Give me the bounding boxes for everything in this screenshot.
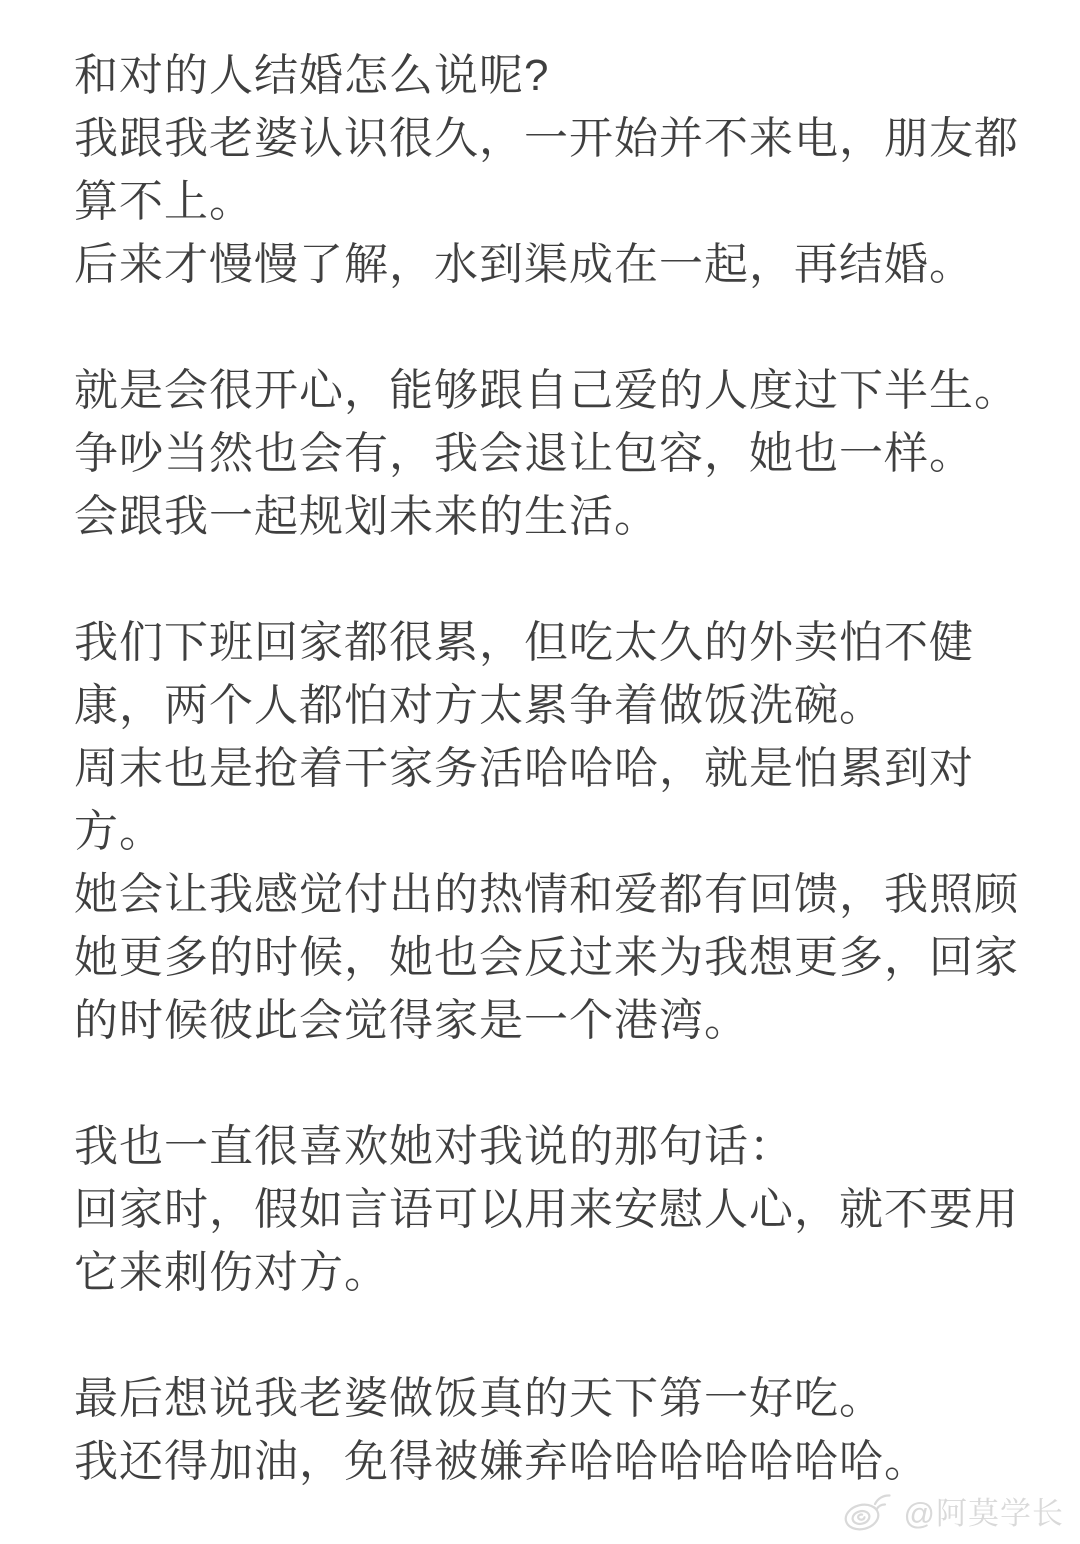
post-paragraph: 和对的人结婚怎么说呢? 我跟我老婆认识很久，一开始并不来电，朋友都 算不上。 后… xyxy=(74,44,1034,296)
post-text: 和对的人结婚怎么说呢? 我跟我老婆认识很久，一开始并不来电，朋友都 算不上。 后… xyxy=(74,44,1034,1493)
watermark-handle: @阿莫学长 xyxy=(904,1488,1064,1533)
post-paragraph: 就是会很开心，能够跟自己爱的人度过下半生。 争吵当然也会有，我会退让包容，她也一… xyxy=(74,359,1034,548)
post-paragraph: 最后想说我老婆做饭真的天下第一好吃。 我还得加油，免得被嫌弃哈哈哈哈哈哈哈。 xyxy=(74,1367,1034,1493)
weibo-icon xyxy=(842,1489,896,1533)
post-paragraph: 我也一直很喜欢她对我说的那句话： 回家时，假如言语可以用来安慰人心，就不要用 它… xyxy=(74,1115,1034,1304)
watermark: @阿莫学长 xyxy=(842,1488,1064,1533)
post-paragraph: 我们下班回家都很累，但吃太久的外卖怕不健 康，两个人都怕对方太累争着做饭洗碗。 … xyxy=(74,611,1034,1052)
